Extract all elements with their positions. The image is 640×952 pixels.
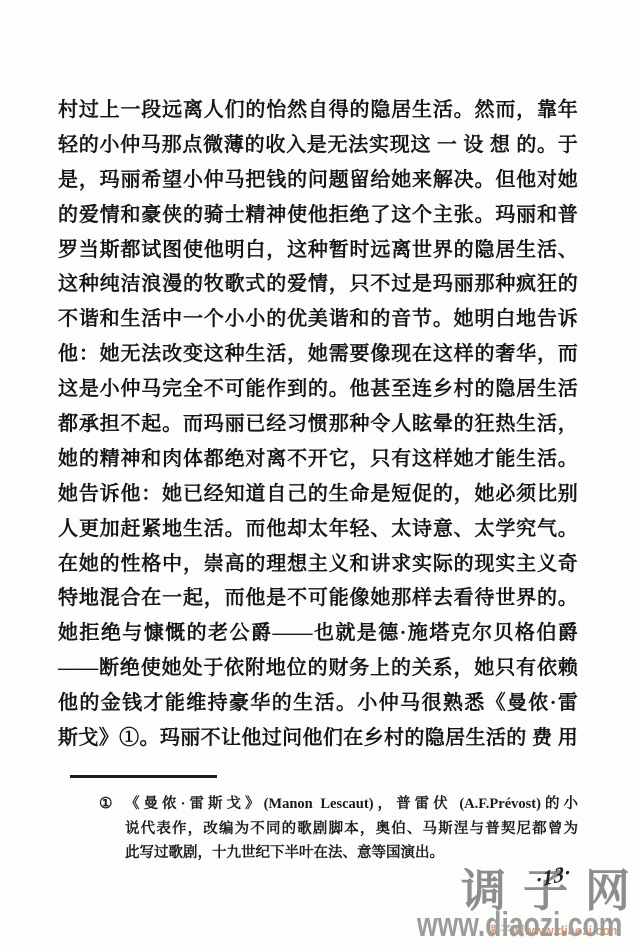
text-line: 不谐和生活中一个小小的优美谐和的音节。她明白地告诉 (58, 302, 578, 337)
footnote-line: 此写过歌剧，十九世纪下半叶在法、意等国演出。 (125, 841, 578, 866)
text-line: 的爱情和豪侠的骑士精神使他拒绝了这个主张。玛丽和普 (58, 198, 578, 233)
text-line: ——断绝使她处于依附地位的财务上的关系，她只有依赖 (58, 651, 578, 686)
footnote-line: 说代表作，改编为不同的歌剧脚本，奥伯、马斯涅与普契尼都曾为 (125, 817, 578, 842)
text-line: 在她的性格中，崇高的理想主义和讲求实际的现实主义奇 (58, 547, 578, 582)
text-line: 他的金钱才能维持豪华的生活。小仲马很熟悉《曼侬·雷 (58, 686, 578, 721)
text-line: 她的精神和肉体都绝对离不开它，只有这样她才能生活。 (58, 442, 578, 477)
text-line: 村过上一段远离人们的怡然自得的隐居生活。然而，靠年 (58, 93, 578, 128)
text-line: 都承担不起。而玛丽已经习惯那种令人眩晕的狂热生活， (58, 407, 578, 442)
text-line: 他：她无法改变这种生活，她需要像现在这样的奢华，而 (58, 337, 578, 372)
footnote-block: ① 《曼侬·雷斯戈》(Manon Lescaut)，普雷伏 (A.F.Prévo… (99, 792, 578, 866)
footnote-line: 《曼侬·雷斯戈》(Manon Lescaut)，普雷伏 (A.F.Prévost… (125, 792, 578, 817)
text-line: 这是小仲马完全不可能作到的。他甚至连乡村的隐居生活 (58, 372, 578, 407)
scanned-book-page: 村过上一段远离人们的怡然自得的隐居生活。然而，靠年 轻的小仲马那点微薄的收入是无… (0, 0, 640, 952)
text-line: 她告诉他：她已经知道自己的生命是短促的，她必须比别 (58, 477, 578, 512)
text-line: 是，玛丽希望小仲马把钱的问题留给她来解决。但他对她 (58, 163, 578, 198)
text-line: 人更加赶紧地生活。而他却太年轻、太诗意、太学究气。 (58, 512, 578, 547)
footnote-separator (70, 775, 217, 778)
watermark-site-url: www.diaozi.com (417, 908, 622, 942)
text-line: 她拒绝与慷慨的老公爵——也就是德·施塔克尔贝格伯爵 (58, 616, 578, 651)
text-line: 特地混合在一起，而他是不可能像她那样去看待世界的。 (58, 581, 578, 616)
text-line: 轻的小仲马那点微薄的收入是无法实现这 一 设 想 的。于 (58, 128, 578, 163)
body-text-block: 村过上一段远离人们的怡然自得的隐居生活。然而，靠年 轻的小仲马那点微薄的收入是无… (58, 93, 578, 756)
footnote-marker: ① (99, 792, 125, 817)
text-line: 斯戈》①。玛丽不让他过问他们在乡村的隐居生活的 费 用 (58, 721, 578, 756)
text-line: 这种纯洁浪漫的牧歌式的爱情，只不过是玛丽那种疯狂的 (58, 267, 578, 302)
text-line: 罗当斯都试图使他明白，这种暂时远离世界的隐居生活、 (58, 233, 578, 268)
